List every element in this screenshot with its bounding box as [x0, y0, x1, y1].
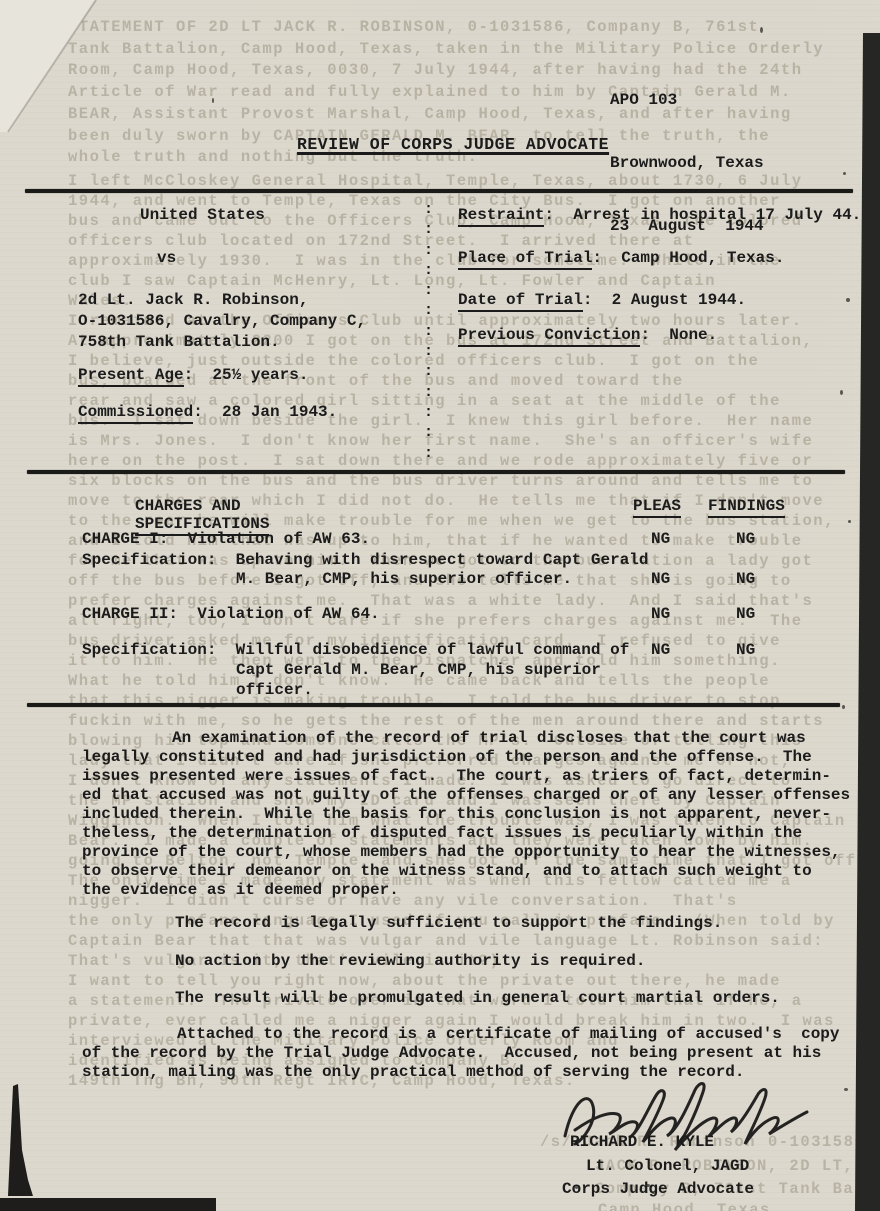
ink-speck: [848, 520, 851, 523]
fold-crease-line: [0, 0, 100, 140]
bleed-through-line: Captain Bear that that was vulgar and vi…: [68, 932, 824, 950]
charge-row-plea: NG: [651, 530, 670, 548]
commissioned-label: Commissioned: [78, 403, 193, 424]
pleas-header-label: PLEAS: [633, 497, 681, 518]
charge-row: Capt Gerald M. Bear, CMP, his superior: [0, 661, 880, 681]
caption-right-row: Previous Conviction: None.: [458, 326, 717, 345]
signer-name: RICHARD E. KYLE: [570, 1133, 714, 1151]
charge-row-text: Specification: Willful disobedience of l…: [82, 641, 629, 659]
place-line: Brownwood, Texas: [610, 153, 764, 174]
caption-right-label: Place of Trial: [458, 249, 592, 270]
bleed-through-line: STATEMENT OF 2D LT JACK R. ROBINSON, 0-1…: [68, 18, 759, 36]
charge-row-text: CHARGE II: Violation of AW 64.: [82, 605, 380, 623]
document-title: REVIEW OF CORPS JUDGE ADVOCATE: [297, 135, 609, 154]
ink-speck: [843, 172, 846, 175]
charge-row-text: Capt Gerald M. Bear, CMP, his superior: [236, 661, 601, 679]
charge-row-text: Specification: Behaving with disrespect …: [82, 551, 649, 569]
bleed-through-line: six blocks on the bus and the bus driver…: [68, 472, 813, 490]
ink-blob-bottom-left: [0, 1080, 230, 1211]
charge-row: officer.: [0, 681, 880, 701]
charge-row-finding: NG: [736, 641, 755, 659]
present-age-label: Present Age: [78, 366, 184, 387]
commissioned-row: Commissioned: 28 Jan 1943.: [78, 403, 337, 422]
present-age-value: : 25½ years.: [184, 366, 309, 384]
charge-row-text: CHARGE I: Violation of AW 63.: [82, 530, 370, 548]
bleed-through-line: I want to tell you right now, about the …: [68, 972, 781, 990]
accused-unit-line: 758th Tank Battalion.: [78, 333, 280, 352]
caption-right-value: : Arrest in hospital 17 July 44.: [544, 206, 861, 224]
apo-line: APO 103: [610, 90, 764, 111]
review-paragraph-examination: An examination of the record of trial di…: [82, 729, 866, 900]
ink-speck: [575, 1186, 578, 1189]
accused-name-line: 2d Lt. Jack R. Robinson,: [78, 291, 308, 310]
present-age-row: Present Age: 25½ years.: [78, 366, 308, 385]
charge-row: CHARGE II: Violation of AW 64. NG NG: [0, 605, 880, 625]
charge-row: M. Bear, CMP, his superior officer. NG N…: [0, 570, 880, 590]
charge-row: Specification: Behaving with disrespect …: [0, 551, 880, 571]
rule-mid: [27, 470, 845, 474]
signer-title: Corps Judge Advocate: [562, 1180, 754, 1198]
review-paragraph-sufficiency: The record is legally sufficient to supp…: [175, 914, 722, 933]
charge-row-plea: NG: [651, 641, 670, 659]
charge-row-finding: NG: [736, 605, 755, 623]
versus-label: vs: [157, 249, 176, 268]
dateline-block: APO 103 Brownwood, Texas 23 August 1944: [610, 48, 764, 279]
bleed-through-line: here on the post. I sat down there and w…: [68, 452, 813, 470]
caption-right-value: : Camp Hood, Texas.: [592, 249, 784, 267]
charge-row-text: officer.: [236, 681, 313, 699]
caption-right-value: : 2 August 1944.: [583, 291, 746, 309]
charge-row-text: M. Bear, CMP, his superior officer.: [236, 570, 572, 588]
review-paragraph-promulgation: The result will be promulgated in genera…: [175, 989, 780, 1008]
findings-header-label: FINDINGS: [708, 497, 785, 518]
ink-speck: [844, 1088, 848, 1091]
ink-speck: [652, 1192, 655, 1194]
charge-row: Specification: Willful disobedience of l…: [0, 641, 880, 661]
review-paragraph-no-action: No action by the reviewing authority is …: [175, 952, 645, 971]
accused-serial-line: O-1031586, Cavalry, Company C,: [78, 312, 366, 331]
rule-top: [25, 189, 853, 193]
ink-speck: [646, 1184, 650, 1187]
bleed-through-line: Camp Hood, Texas.: [598, 1201, 782, 1211]
caption-colon-separator: : : : : : : : : : : : : :: [424, 200, 433, 464]
charge-row-finding: NG: [736, 530, 755, 548]
bleed-through-line: officers club located on 172nd Street. I…: [68, 232, 695, 250]
caption-right-row: Restraint: Arrest in hospital 17 July 44…: [458, 206, 861, 225]
caption-right-value: : None.: [640, 326, 717, 344]
scanned-document-page: STATEMENT OF 2D LT JACK R. ROBINSON, 0-1…: [0, 0, 880, 1211]
signer-rank: Lt. Colonel, JAGD: [586, 1157, 749, 1175]
caption-right-label: Date of Trial: [458, 291, 583, 312]
ink-speck: [840, 390, 843, 395]
charge-row-finding: NG: [736, 570, 755, 588]
ink-speck: [760, 27, 763, 33]
rule-charges-bottom: [27, 703, 840, 707]
ink-speck: [846, 298, 850, 302]
bleed-through-line: fuckin with me, so he gets the rest of t…: [68, 712, 824, 730]
charge-row-plea: NG: [651, 570, 670, 588]
ink-speck: [212, 98, 214, 103]
charge-row-plea: NG: [651, 605, 670, 623]
caption-right-row: Place of Trial: Camp Hood, Texas.: [458, 249, 784, 268]
caption-right-label: Previous Conviction: [458, 326, 640, 347]
commissioned-value: : 28 Jan 1943.: [193, 403, 337, 421]
charge-row: CHARGE I: Violation of AW 63. NG NG: [0, 530, 880, 550]
ink-speck: [842, 705, 845, 709]
party-plaintiff: United States: [140, 206, 265, 225]
bleed-through-line: is Mrs. Jones. I don't know her first na…: [68, 432, 813, 450]
caption-right-row: Date of Trial: 2 August 1944.: [458, 291, 746, 310]
caption-right-label: Restraint: [458, 206, 544, 227]
